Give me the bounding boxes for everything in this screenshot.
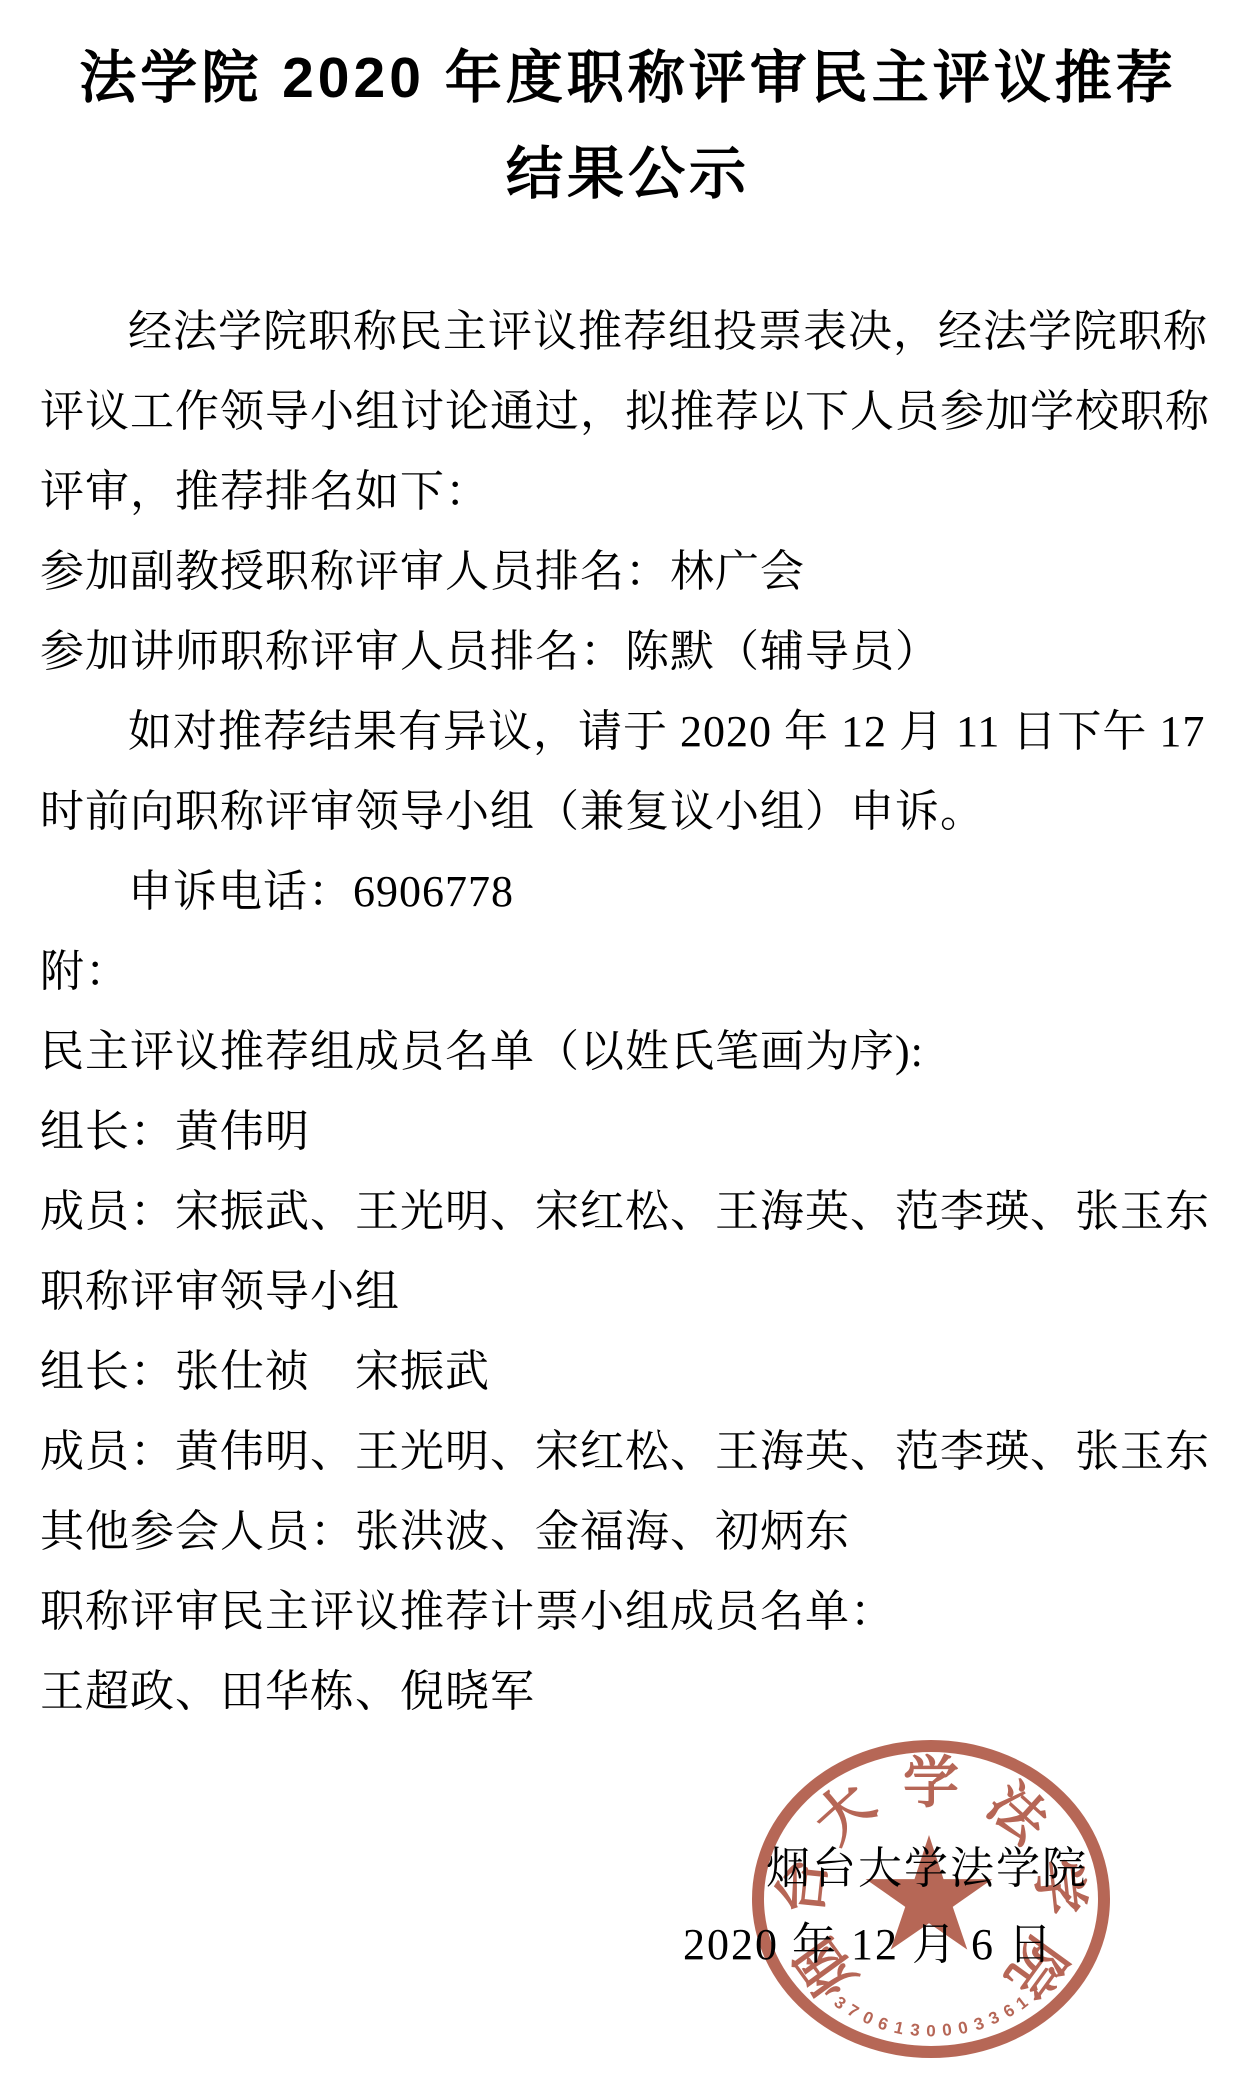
body-line-2: 评议工作领导小组讨论通过，拟推荐以下人员参加学校职称 bbox=[40, 372, 1216, 452]
seal-serial-digit-2: 7 bbox=[845, 2002, 862, 2021]
body-line-7: 时前向职称评审领导小组（兼复议小组）申诉。 bbox=[40, 772, 1216, 852]
document-title-line1: 法学院 2020 年度职称评审民主评议推荐 bbox=[0, 30, 1256, 126]
seal-serial-digit-7: 0 bbox=[926, 2023, 935, 2040]
seal-serial-digit-4: 6 bbox=[876, 2014, 890, 2033]
body-line-15: 成员：黄伟明、王光明、宋红松、王海英、范李瑛、张玉东 bbox=[40, 1412, 1216, 1492]
document-title: 法学院 2020 年度职称评审民主评议推荐 结果公示 bbox=[0, 0, 1256, 222]
seal-serial-digit-3: 0 bbox=[860, 2009, 876, 2028]
official-seal: 烟台大学法学院 3706130003361 bbox=[752, 1740, 1110, 2058]
document-body: 经法学院职称民主评议推荐组投票表决，经法学院职称评议工作领导小组讨论通过，拟推荐… bbox=[40, 292, 1216, 1732]
signature-organization: 烟台大学法学院 bbox=[766, 1832, 1088, 1896]
seal-serial-digit-13: 1 bbox=[1013, 1993, 1031, 2012]
body-line-13: 职称评审领导小组 bbox=[40, 1252, 1216, 1332]
seal-serial-digit-1: 3 bbox=[831, 1993, 849, 2012]
body-line-11: 组长：黄伟明 bbox=[40, 1092, 1216, 1172]
seal-serial-digit-10: 3 bbox=[972, 2014, 986, 2033]
body-line-1: 经法学院职称民主评议推荐组投票表决，经法学院职称 bbox=[40, 292, 1216, 372]
body-line-18: 王超政、田华栋、倪晓军 bbox=[40, 1652, 1216, 1732]
body-line-14: 组长：张仕祯 宋振武 bbox=[40, 1332, 1216, 1412]
seal-serial-digit-5: 1 bbox=[892, 2018, 905, 2037]
body-line-12: 成员：宋振武、王光明、宋红松、王海英、范李瑛、张玉东 bbox=[40, 1172, 1216, 1252]
signature-date: 2020 年 12 月 6 日 bbox=[683, 1908, 1054, 1972]
seal-serial-digit-12: 6 bbox=[1000, 2002, 1017, 2021]
seal-serial-digit-11: 3 bbox=[986, 2009, 1002, 2028]
seal-serial-digit-8: 0 bbox=[942, 2021, 953, 2039]
announcement-page: { "title": { "line1": "法学院 2020 年度职称评审民主… bbox=[0, 0, 1256, 2096]
body-line-16: 其他参会人员：张洪波、金福海、初炳东 bbox=[40, 1492, 1216, 1572]
seal-serial-digit-6: 3 bbox=[909, 2021, 920, 2039]
seal-ring-char-4: 学 bbox=[903, 1756, 959, 1812]
body-line-3: 评审，推荐排名如下： bbox=[40, 452, 1216, 532]
body-line-10: 民主评议推荐组成员名单（以姓氏笔画为序): bbox=[40, 1012, 1216, 1092]
body-line-9: 附： bbox=[40, 932, 1216, 1012]
document-title-line2: 结果公示 bbox=[0, 126, 1256, 222]
seal-ring bbox=[752, 1740, 1110, 2058]
seal-serial-digit-9: 0 bbox=[957, 2018, 970, 2037]
body-line-8: 申诉电话：6906778 bbox=[40, 852, 1216, 932]
body-line-5: 参加讲师职称评审人员排名：陈默（辅导员） bbox=[40, 612, 1216, 692]
body-line-17: 职称评审民主评议推荐计票小组成员名单： bbox=[40, 1572, 1216, 1652]
body-line-6: 如对推荐结果有异议，请于 2020 年 12 月 11 日下午 17 bbox=[40, 692, 1216, 772]
body-line-4: 参加副教授职称评审人员排名：林广会 bbox=[40, 532, 1216, 612]
